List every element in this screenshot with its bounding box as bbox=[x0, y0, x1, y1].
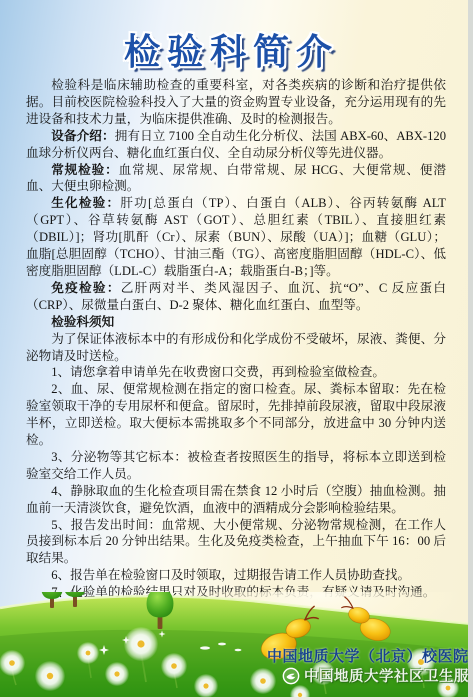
section-label: 设备介绍： bbox=[51, 129, 115, 143]
section-immunology-tests: 免疫检验：乙肝两对半、类风湿因子、血沉、抗“O”、C 反应蛋白（CRP）、尿微量… bbox=[26, 280, 446, 314]
notice-item: 2、血、尿、便常规检测在指定的窗口检查。尿、粪标本留取：先在检验室领取干净的专用… bbox=[26, 381, 446, 449]
watermark-text: 中国地质大学社区卫生服务中心 bbox=[304, 665, 473, 686]
section-routine-tests: 常规检验：血常规、尿常规、白带常规、尿 HCG、大便常规、便潜血、大便虫卵检测。 bbox=[26, 162, 446, 196]
right-edge-strip bbox=[468, 0, 473, 700]
notice-intro: 为了保证体液标本中的有形成份和化学成份不受破坏，尿液、粪便、分泌物请及时送检。 bbox=[26, 331, 446, 365]
notice-item: 4、静脉取血的生化检查项目需在禁食 12 小时后（空腹）抽血检测。抽血前一天清淡… bbox=[26, 483, 446, 517]
section-label: 常规检验： bbox=[51, 163, 118, 177]
section-biochemical-tests: 生化检验：肝功[总蛋白（TP）、白蛋白（ALB）、谷丙转氨酶 ALT（GPT）、… bbox=[26, 195, 446, 280]
poster-title: 检验科简介 bbox=[0, 24, 463, 75]
watermark: 中国地质大学社区卫生服务中心 bbox=[282, 665, 473, 686]
dandelion-icon bbox=[35, 661, 65, 691]
dove-logo-icon bbox=[282, 667, 300, 685]
section-label: 免疫检验： bbox=[51, 281, 121, 295]
dandelion-icon bbox=[250, 668, 276, 694]
poster: 检验科简介 检验科是临床辅助检查的重要科室，对各类疾病的诊断和治疗提供依据。目前… bbox=[0, 0, 473, 700]
notice-item: 6、报告单在检验窗口及时领取，过期报告请工作人员协助查找。 bbox=[26, 567, 446, 584]
notice-item: 5、报告发出时间：血常规、大小便常规、分泌物常规检测，在工作人员接到标本后 20… bbox=[26, 517, 446, 568]
dandelion-icon bbox=[194, 674, 218, 698]
intro-paragraph: 检验科是临床辅助检查的重要科室，对各类疾病的诊断和治疗提供依据。目前校医院检验科… bbox=[26, 77, 446, 128]
section-label: 生化检验： bbox=[51, 196, 120, 210]
body-text: 检验科是临床辅助检查的重要科室，对各类疾病的诊断和治疗提供依据。目前校医院检验科… bbox=[26, 77, 446, 601]
notice-item: 3、分泌物等其它标本：被检查者按照医生的指导，将标本立即送到检验室交给工作人员。 bbox=[26, 449, 446, 483]
hospital-name: 中国地质大学（北京）校医院 bbox=[267, 645, 469, 666]
dandelion-icon bbox=[105, 662, 129, 686]
notice-header: 检验科须知 bbox=[26, 314, 446, 331]
section-equipment: 设备介绍：拥有日立 7100 全自动生化分析仪、法国 ABX-60、ABX-12… bbox=[26, 128, 446, 162]
notice-item: 1、请您拿着申请单先在收费窗口交费，再到检验室做检查。 bbox=[26, 364, 446, 381]
